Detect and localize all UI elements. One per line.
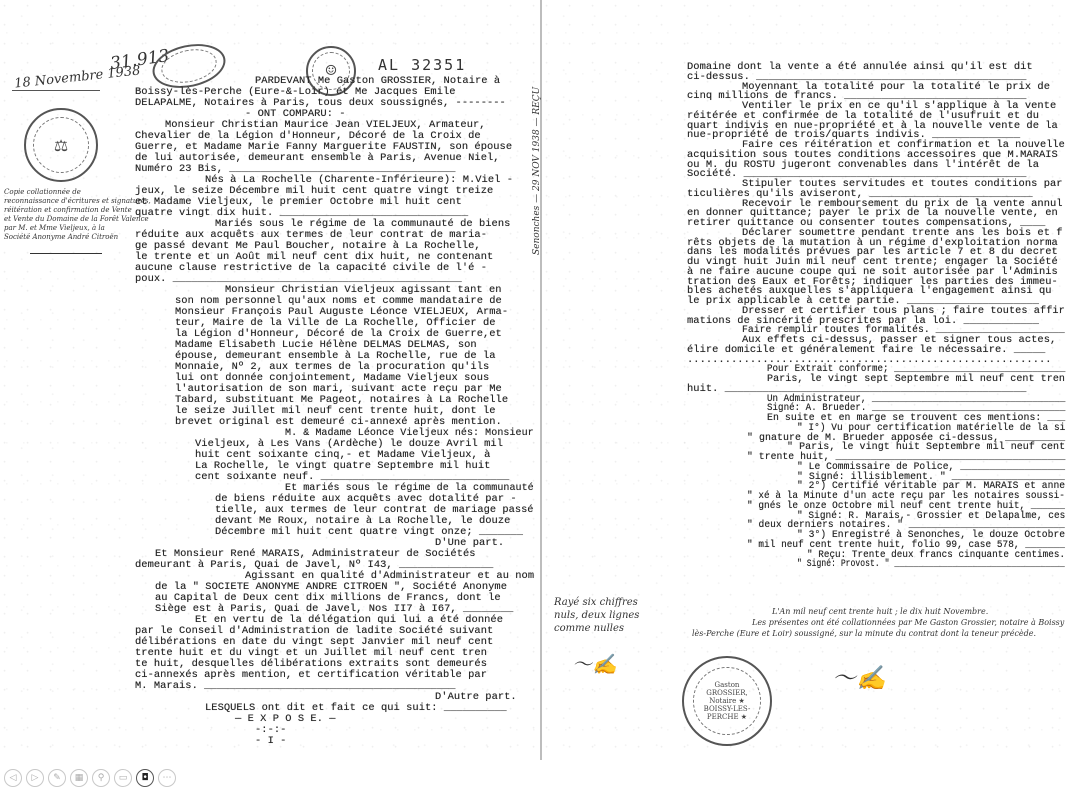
- camera-icon: ◘: [141, 773, 148, 783]
- margin-note-line: Rayé six chiffres: [554, 596, 639, 609]
- reception-stamp: Senonches — 29 NOV 1938 — REÇU: [532, 87, 542, 255]
- notary-seal-text: Gaston GROSSIER, Notaire ★ BOISSY-LES-PE…: [693, 667, 760, 734]
- margin-note-line: et Vente du Domaine de la Forêt Valence: [4, 215, 151, 224]
- footer-line: L'An mil neuf cent trente huit ; le dix …: [692, 606, 1064, 617]
- margin-note-line: Société Anonyme André Citroën: [4, 233, 151, 242]
- subtitles-button[interactable]: ▭: [114, 769, 132, 787]
- next-slide-button[interactable]: ▷: [26, 769, 44, 787]
- signature-right: 〜✍: [832, 658, 886, 693]
- margin-note-line: réitération et confirmation de Vente: [4, 206, 151, 215]
- handwritten-footer: L'An mil neuf cent trente huit ; le dix …: [692, 606, 1064, 639]
- grid-icon: ▦: [75, 773, 84, 783]
- subtitles-icon: ▭: [119, 773, 128, 783]
- reference-number: AL 32351: [378, 56, 466, 74]
- footer-line: Les présentes ont été collationnées par …: [692, 617, 1064, 628]
- document-page-right: Senonches — 29 NOV 1938 — REÇU Rayé six …: [540, 0, 1067, 760]
- margin-note-line: par M. et Mme Vieljeux, à la: [4, 224, 151, 233]
- justice-figure-icon: ⚖: [33, 117, 90, 174]
- margin-note-line: Copie collationnée de: [4, 188, 151, 197]
- see-all-slides-button[interactable]: ▦: [70, 769, 88, 787]
- footer-line: lès-Perche (Eure et Loir) soussigné, sur…: [692, 628, 1064, 639]
- margin-note: Copie collationnée de reconnaissance d'é…: [4, 188, 151, 242]
- notary-seal: Gaston GROSSIER, Notaire ★ BOISSY-LES-PE…: [682, 656, 772, 746]
- document-page-left: 18 Novembre 1938 31.913 ☺ AL 32351 ⚖ Cop…: [0, 0, 538, 760]
- arrow-left-icon: ◁: [10, 773, 17, 783]
- margin-note-line: comme nulles: [554, 622, 639, 635]
- pen-button[interactable]: ✎: [48, 769, 66, 787]
- margin-note-line: reconnaissance d'écritures et signatures…: [4, 197, 151, 206]
- camera-button[interactable]: ◘: [136, 769, 154, 787]
- margin-note-rule: [30, 253, 102, 254]
- more-icon: ⋯: [163, 773, 172, 783]
- text-line: - I -: [255, 736, 286, 748]
- more-options-button[interactable]: ⋯: [158, 769, 176, 787]
- date-underline: [12, 90, 100, 91]
- text-line: M. Marais. _____________________________…: [135, 681, 456, 693]
- margin-note-right: Rayé six chiffres nuls, deux lignes comm…: [554, 596, 639, 635]
- text-line: " Signé: Provost. " ____________________…: [797, 559, 1065, 571]
- oval-stamp-inner: [158, 45, 220, 88]
- arrow-right-icon: ▷: [32, 773, 39, 783]
- zoom-button[interactable]: ⚲: [92, 769, 110, 787]
- republique-seal: ⚖: [24, 108, 98, 182]
- magnifier-icon: ⚲: [98, 773, 105, 783]
- slideshow-toolbar: ◁ ▷ ✎ ▦ ⚲ ▭ ◘ ⋯: [4, 769, 176, 787]
- previous-slide-button[interactable]: ◁: [4, 769, 22, 787]
- signature-left: 〜✍: [572, 648, 617, 677]
- margin-note-line: nuls, deux lignes: [554, 609, 639, 622]
- pen-icon: ✎: [53, 773, 61, 783]
